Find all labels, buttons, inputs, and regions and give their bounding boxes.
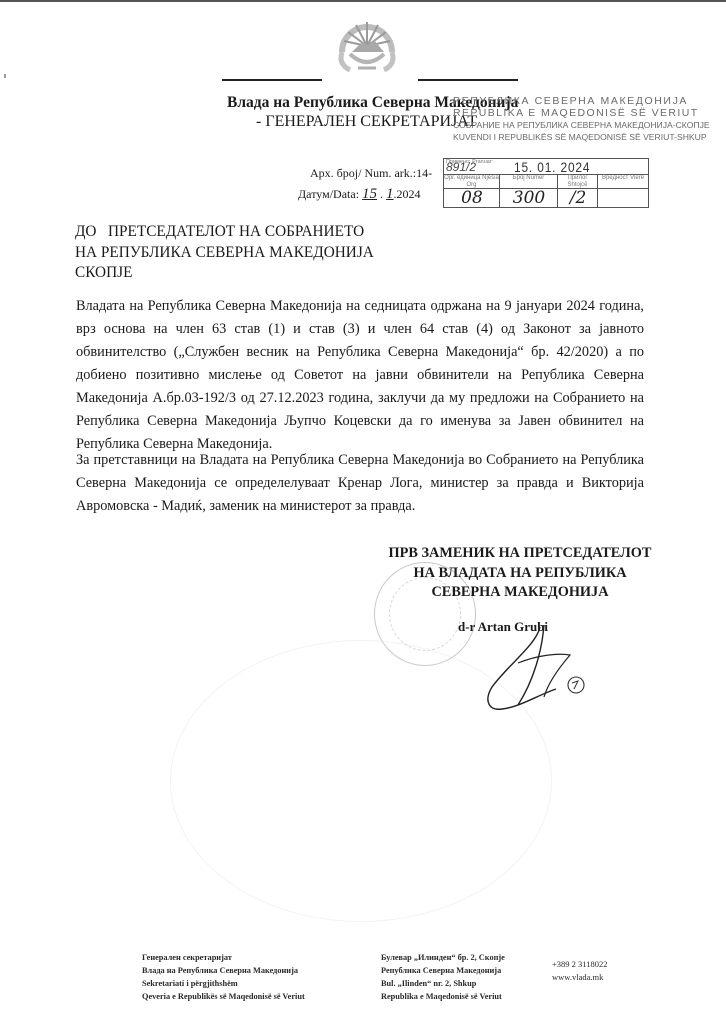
- document-date: Датум/Data: 15 . 1.2024: [298, 186, 421, 203]
- signatory-title: ПРВ ЗАМЕНИК НА ПРЕТСЕДАТЕЛОТ НА ВЛАДАТА …: [380, 544, 660, 603]
- stamp-col-number: Број Numer: [500, 174, 558, 188]
- stamp-col-org-unit: Орг. единица Njësia Org: [444, 174, 500, 188]
- footer-line: Sekretariati i përgjithshëm: [142, 977, 305, 990]
- footer-address: Булевар „Илинден“ бр. 2, Скопје Републик…: [381, 951, 505, 1003]
- stamp-number-value: 300: [500, 188, 558, 208]
- stamp-col-value: Вредност Vlerë: [598, 174, 648, 188]
- footer-line: Република Северна Македонија: [381, 964, 505, 977]
- addressee-line: ДО ПРЕТСЕДАТЕЛОТ НА СОБРАНИЕТО: [75, 222, 374, 243]
- stamp-line: РЕПУБЛИКА СЕВЕРНА МАКЕДОНИЈА: [453, 95, 710, 107]
- receipt-stamp-header: РЕПУБЛИКА СЕВЕРНА МАКЕДОНИЈА REPUBLIKA E…: [453, 95, 710, 143]
- signatory-title-line: ПРВ ЗАМЕНИК НА ПРЕТСЕДАТЕЛОТ: [380, 544, 660, 564]
- stamp-received-number: 891/2: [446, 160, 476, 174]
- footer-contact: +389 2 3118022 www.vlada.mk: [552, 958, 607, 984]
- body-paragraph-2: За претставници на Владата на Република …: [76, 449, 644, 518]
- archive-label: Арх. број/ Num. ark.:14-: [310, 166, 432, 180]
- stamp-value-value: [598, 188, 648, 208]
- date-day: 15: [362, 186, 377, 202]
- stamp-attachment-value: /2: [558, 188, 598, 208]
- header-rule-left: [222, 79, 322, 81]
- footer-website-link[interactable]: www.vlada.mk: [552, 971, 607, 984]
- addressee-block: ДО ПРЕТСЕДАТЕЛОТ НА СОБРАНИЕТО НА РЕПУБЛ…: [75, 222, 374, 284]
- receipt-stamp-box: Примено: Pranuar: 891/2 15. 01. 2024 Орг…: [443, 158, 649, 208]
- footer-organization: Генерален секретаријат Влада на Републик…: [142, 951, 305, 1003]
- coat-of-arms-icon: [332, 12, 402, 74]
- stamp-line: СОБРАНИЕ НА РЕПУБЛИКА СЕВЕРНА МАКЕДОНИЈА…: [453, 119, 710, 131]
- footer-line: Qeveria e Republikës së Maqedonisë së Ve…: [142, 990, 305, 1003]
- header-rule-right: [418, 79, 518, 81]
- department-name: - ГЕНЕРАЛЕН СЕКРЕТАРИЈАТ: [256, 113, 477, 131]
- stamp-org-unit-value: 08: [444, 188, 500, 208]
- scan-artifact: [4, 74, 6, 78]
- handwritten-signature-icon: [478, 625, 598, 715]
- footer-line: Влада на Република Северна Македонија: [142, 964, 305, 977]
- footer-phone: +389 2 3118022: [552, 958, 607, 971]
- archive-number: Арх. број/ Num. ark.:14-: [310, 166, 432, 181]
- signatory-title-line: СЕВЕРНА МАКЕДОНИЈА: [380, 583, 660, 603]
- stamp-line: KUVENDI I REPUBLIKËS SË MAQEDONISË SË VE…: [453, 131, 710, 143]
- date-month: 1: [386, 186, 394, 202]
- footer-line: Булевар „Илинден“ бр. 2, Скопје: [381, 951, 505, 964]
- stamp-received-date: 15. 01. 2024: [514, 159, 590, 175]
- signatory-title-line: НА ВЛАДАТА НА РЕПУБЛИКА: [380, 564, 660, 584]
- footer-line: Генерален секретаријат: [142, 951, 305, 964]
- date-year: .2024: [394, 187, 421, 201]
- footer-line: Republika e Maqedonisë së Veriut: [381, 990, 505, 1003]
- addressee-line: НА РЕПУБЛИКА СЕВЕРНА МАКЕДОНИЈА: [75, 243, 374, 264]
- scan-top-edge: [0, 0, 726, 2]
- footer-line: Bul. „Ilinden“ nr. 2, Shkup: [381, 977, 505, 990]
- stamp-col-attachment: Прилог Shtojcë: [558, 174, 598, 188]
- addressee-line: СКОПЈЕ: [75, 263, 374, 284]
- body-paragraph-1: Владата на Република Северна Македонија …: [76, 295, 644, 456]
- stamp-line: REPUBLIKA E MAQEDONISË SË VERIUT: [453, 107, 710, 119]
- date-label: Датум/Data:: [298, 187, 359, 201]
